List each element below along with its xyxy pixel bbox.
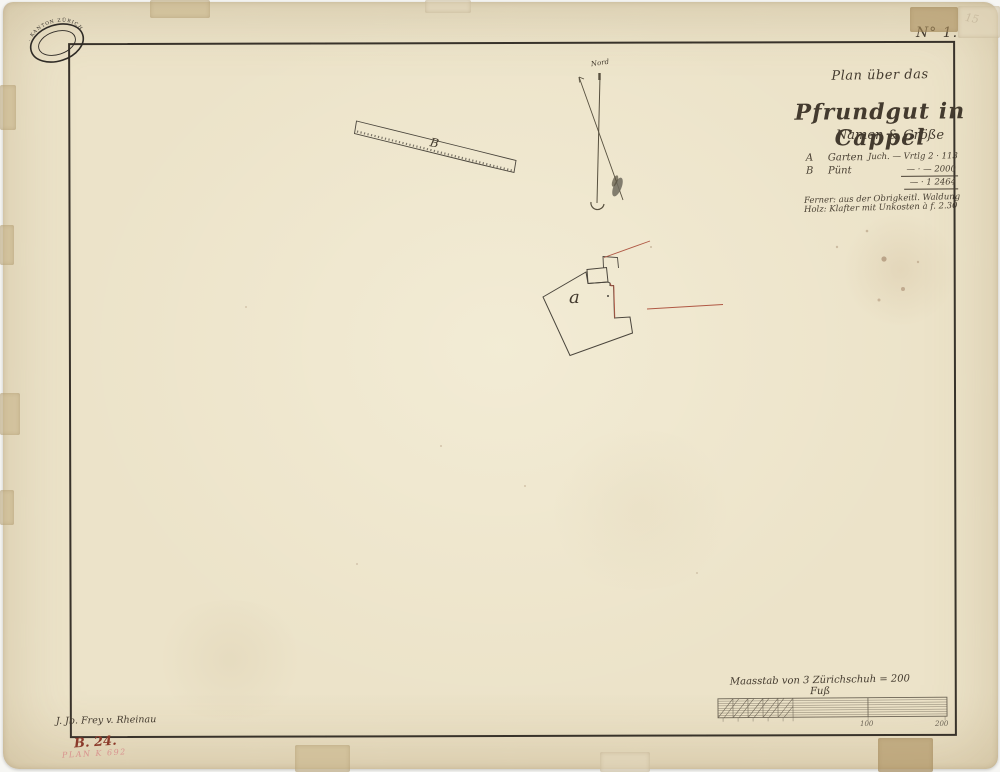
scale-tick-200: 200 (935, 720, 948, 728)
table-row: A Garten Juch. — Vrtlg 2 · 113 (806, 151, 958, 165)
plan-title-line1: Plan über das (790, 66, 970, 84)
scale-title: Maasstab von 3 Zürichschuh = 200 Fuß (720, 673, 920, 698)
row-value: — · — 2000 (900, 164, 958, 177)
tape-patch (0, 490, 14, 525)
tape-patch (958, 6, 1000, 38)
row-name: Garten (828, 152, 863, 163)
tape-patch (910, 7, 958, 32)
total-value: — · 1 2464 (904, 177, 958, 189)
tape-patch (425, 0, 471, 13)
area-table: A Garten Juch. — Vrtlg 2 · 113 B Pünt — … (806, 151, 958, 191)
tape-patch (600, 752, 650, 772)
scale-tick-100: 100 (860, 720, 873, 728)
plan-title-line2: Pfrundgut in Cappel (770, 98, 990, 152)
tape-patch (150, 0, 210, 18)
tape-patch (0, 85, 16, 130)
row-key: B (806, 166, 813, 177)
row-name: Pünt (828, 165, 852, 176)
table-row: B Pünt — · — 2000 (806, 164, 958, 178)
tape-patch (0, 393, 20, 435)
surveyor-signature: J. Jb. Frey v. Rheinau (56, 714, 156, 727)
tape-patch (0, 225, 14, 265)
row-value: Juch. — Vrtlg 2 · 113 (868, 151, 958, 162)
tape-patch (878, 738, 933, 772)
table-total-row: — · 1 2464 (806, 177, 958, 191)
plan-title-line3: Namen & Größe (790, 128, 990, 143)
tape-patch (295, 745, 350, 772)
scanned-plan-page: · KANTON ZÜRICH · 15 N° 1. Plan über das… (0, 0, 1000, 772)
parcel-a-label: a (569, 287, 580, 308)
row-key: A (806, 153, 813, 164)
